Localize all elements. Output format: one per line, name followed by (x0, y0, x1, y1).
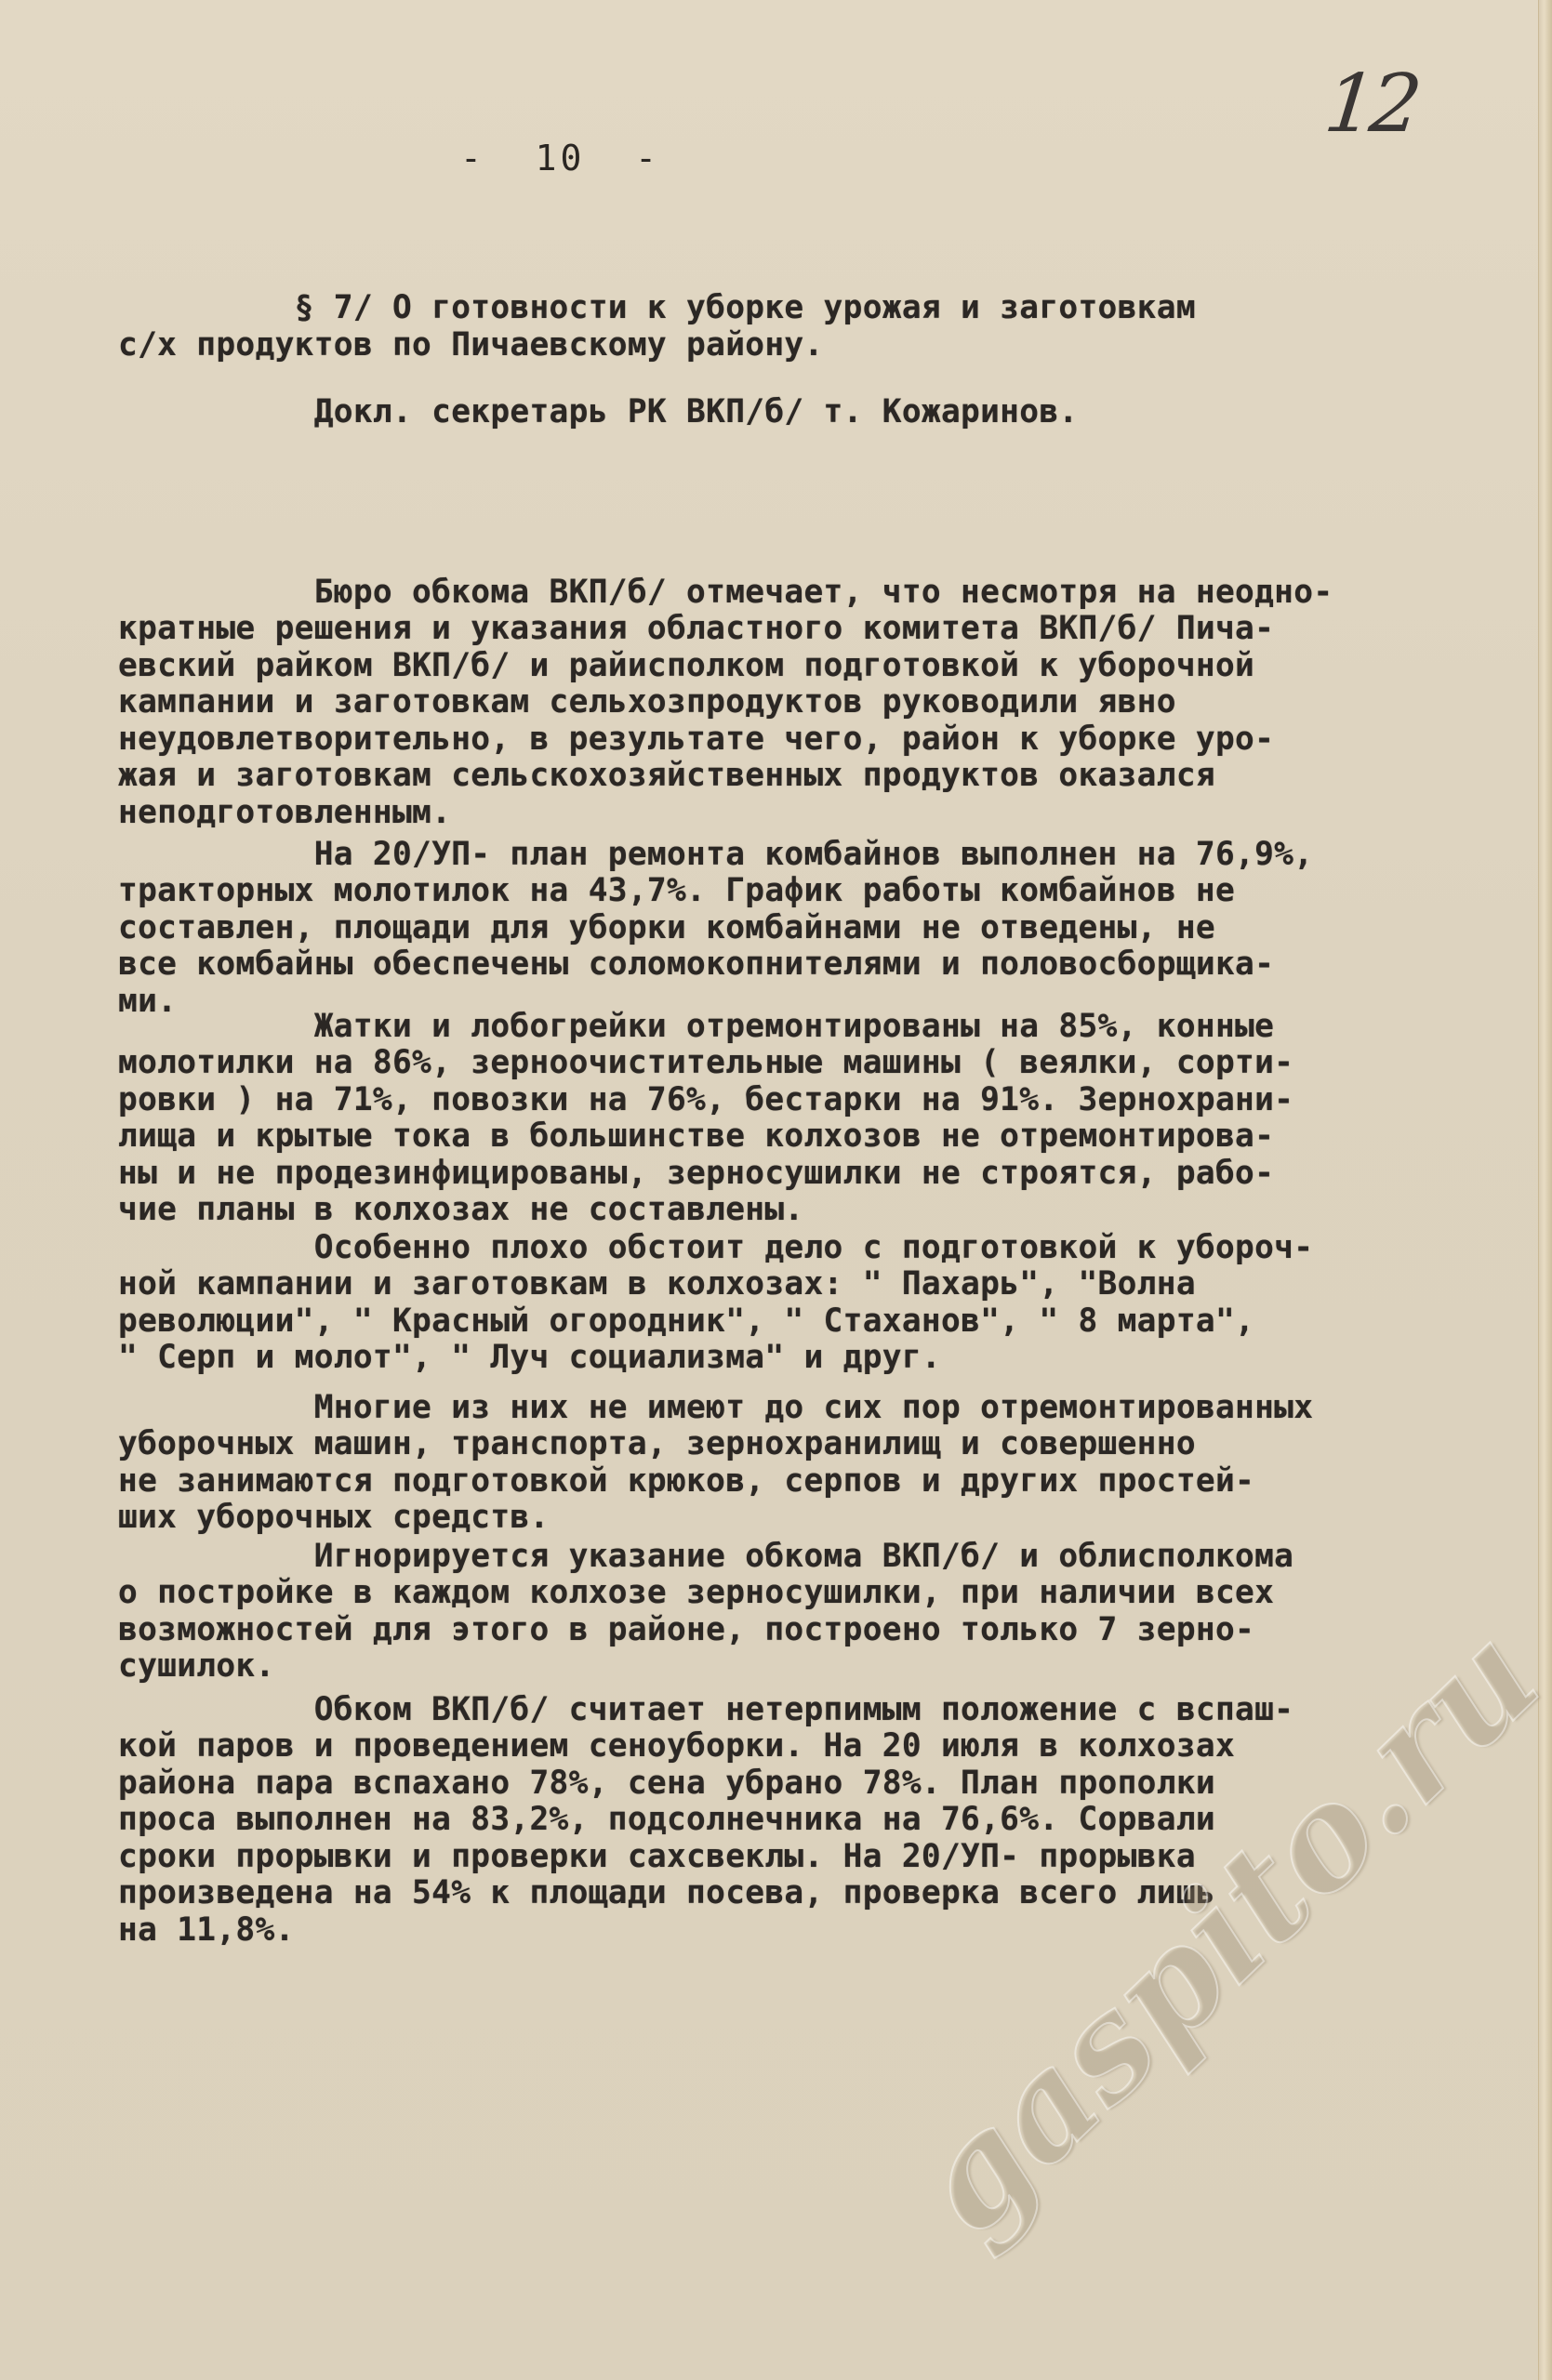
text-line: ровки ) на 71%, повозки на 76%, бестарки… (118, 1082, 1293, 1119)
text-line: тракторных молотилок на 43,7%. График ра… (118, 873, 1313, 910)
heading-line: § 7/ О готовности к уборке урожая и заго… (118, 290, 1196, 327)
section-heading: § 7/ О готовности к уборке урожая и заго… (118, 290, 1196, 364)
text-line: ной кампании и заготовкам в колхозах: " … (118, 1266, 1313, 1303)
text-line: Многие из них не имеют до сих пор отремо… (118, 1390, 1313, 1427)
text-line: Бюро обкома ВКП/б/ отмечает, что несмотр… (118, 575, 1333, 612)
text-line: о постройке в каждом колхозе зерносушилк… (118, 1575, 1293, 1612)
text-line: кампании и заготовкам сельхозпродуктов р… (118, 684, 1333, 721)
text-line: сроки прорывки и проверки сахсвеклы. На … (118, 1839, 1293, 1876)
handwritten-folio-number: 12 (1320, 58, 1421, 151)
text-line: неудовлетворительно, в результате чего, … (118, 721, 1333, 759)
heading-line: с/х продуктов по Пичаевскому району. (118, 327, 1196, 364)
text-line: уборочных машин, транспорта, зернохранил… (118, 1426, 1313, 1463)
text-line: Особенно плохо обстоит дело с подготовко… (118, 1230, 1313, 1267)
text-line: лища и крытые тока в большинстве колхозо… (118, 1118, 1293, 1156)
text-line: кой паров и проведением сеноуборки. На 2… (118, 1728, 1293, 1765)
text-line: жая и заготовкам сельскохозяйственных пр… (118, 758, 1333, 795)
text-line: ны и не продезинфицированы, зерносушилки… (118, 1156, 1293, 1193)
text-line: кратные решения и указания областного ко… (118, 611, 1333, 648)
text-line: На 20/УП- план ремонта комбайнов выполне… (118, 837, 1313, 874)
page-number: - 10 - (460, 138, 660, 178)
text-line: молотилки на 86%, зерноочистительные маш… (118, 1045, 1293, 1082)
text-line: района пара вспахано 78%, сена убрано 78… (118, 1765, 1293, 1803)
page-edge (1538, 0, 1552, 2380)
text-line: революции", " Красный огородник", " Стах… (118, 1303, 1313, 1341)
text-line: возможностей для этого в районе, построе… (118, 1612, 1293, 1649)
text-line: Обком ВКП/б/ считает нетерпимым положени… (118, 1692, 1293, 1729)
text-line: проса выполнен на 83,2%, подсолнечника н… (118, 1802, 1293, 1839)
text-line: составлен, площади для уборки комбайнами… (118, 910, 1313, 947)
text-line: произведена на 54% к площади посева, про… (118, 1875, 1293, 1912)
text-line: Жатки и лобогрейки отремонтированы на 85… (118, 1009, 1293, 1046)
text-line: не занимаются подготовкой крюков, серпов… (118, 1463, 1313, 1501)
text-line: Игнорируется указание обкома ВКП/б/ и об… (118, 1539, 1293, 1576)
speaker-line: Докл. секретарь РК ВКП/б/ т. Кожаринов. (118, 394, 1078, 431)
text-line: евский райком ВКП/б/ и райисполком подго… (118, 648, 1333, 685)
